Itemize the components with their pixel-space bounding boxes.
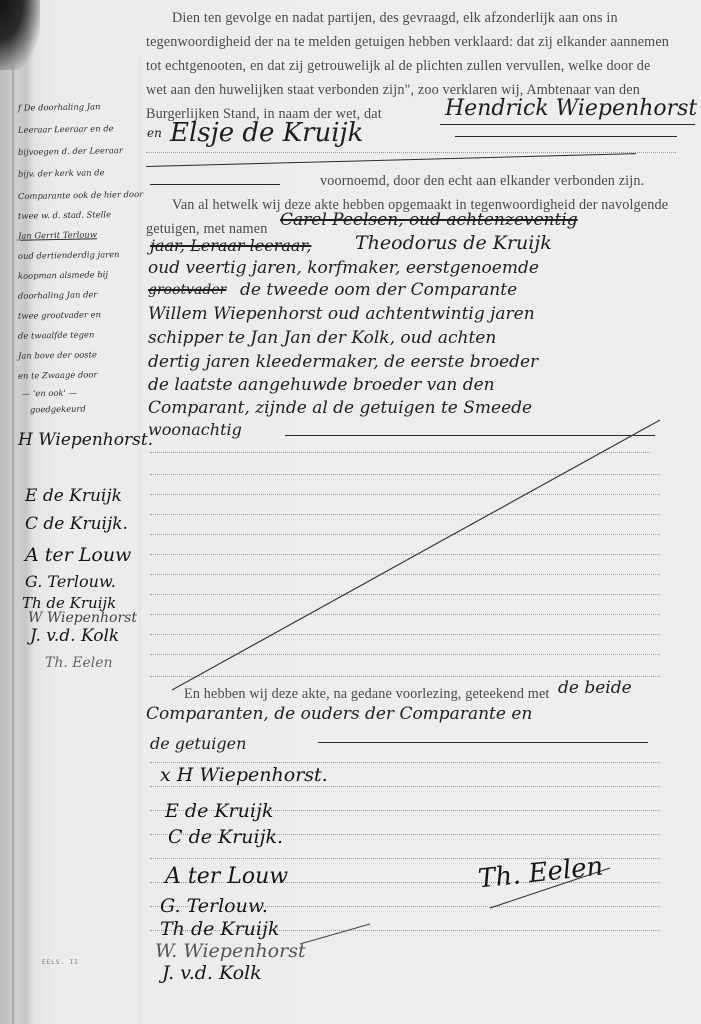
register-page: Dien ten gevolge en nadat partijen, des … [0, 0, 701, 1024]
cancel-diagonal-stroke [0, 0, 701, 1024]
